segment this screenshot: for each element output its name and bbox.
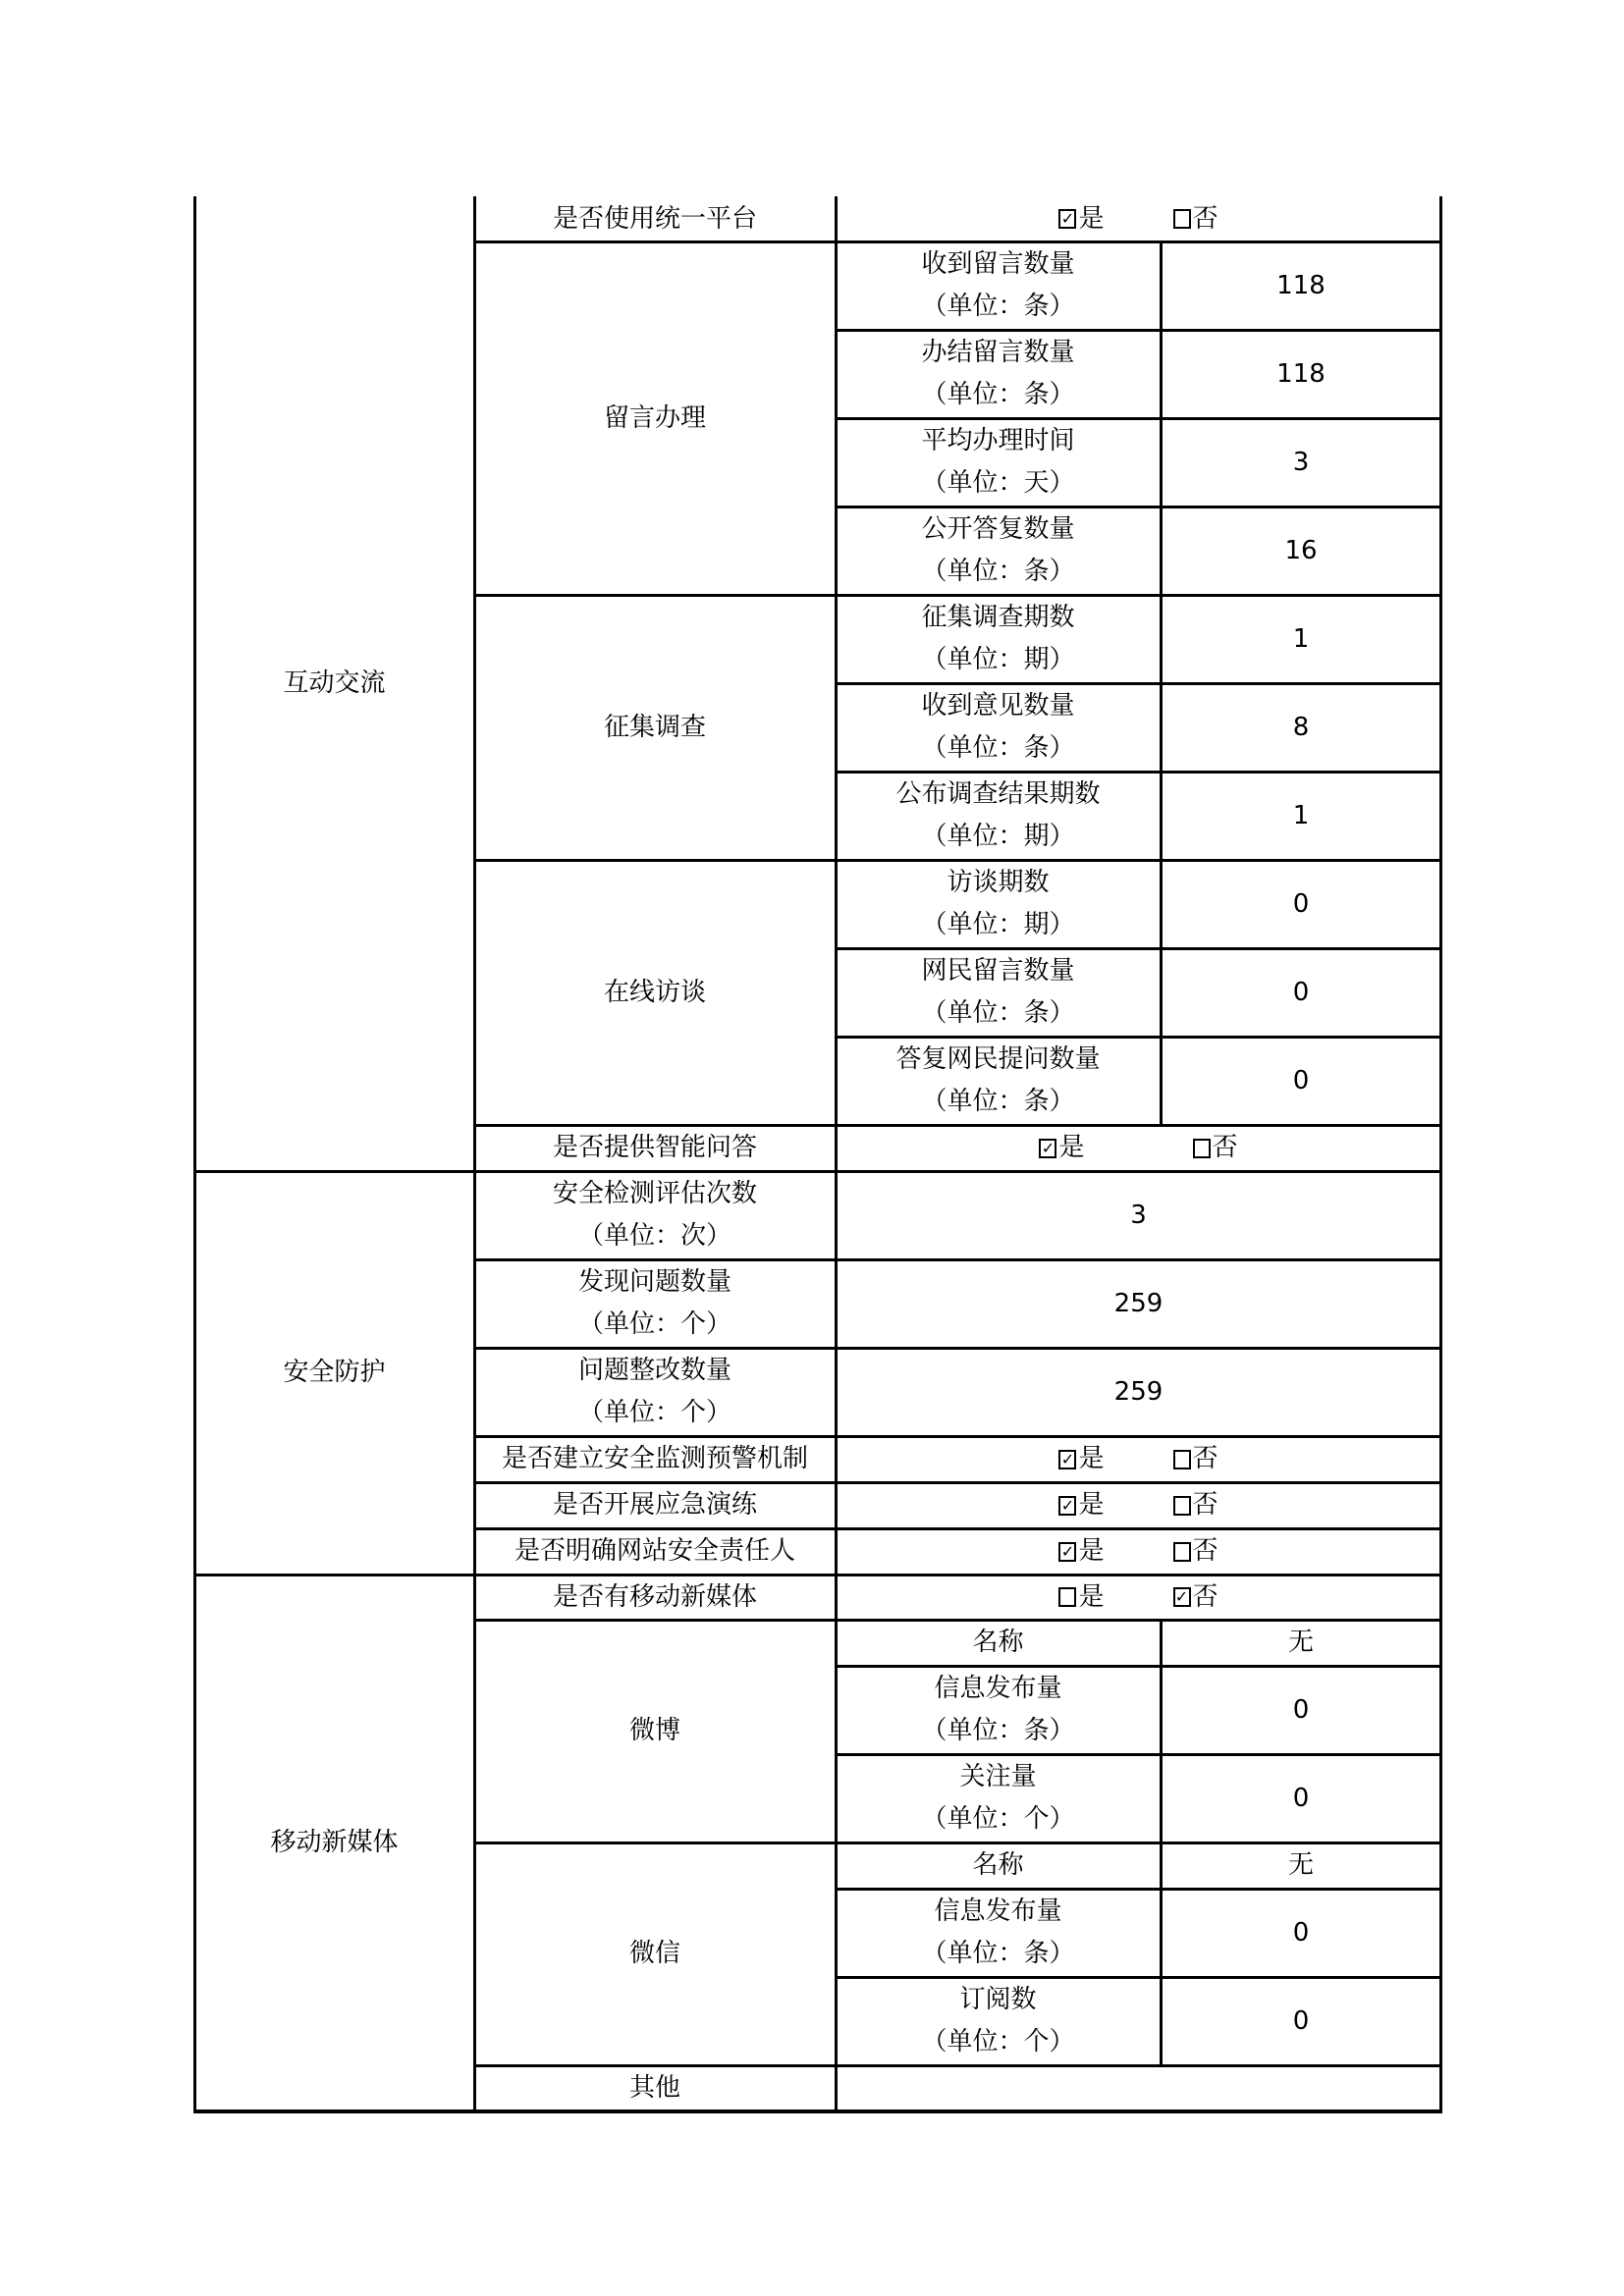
section-mobile-label: 移动新媒体 — [194, 1575, 474, 2110]
divider — [474, 1527, 1441, 1530]
has-mobile-choice: 是✓否 — [836, 1575, 1441, 1620]
metric-label: 征集调查期数（单位：期） — [836, 595, 1161, 683]
smart-qa-label: 是否提供智能问答 — [474, 1125, 836, 1171]
no-label: 否 — [1193, 1484, 1218, 1526]
border-right — [1439, 196, 1442, 2113]
no-checkbox[interactable] — [1173, 1496, 1191, 1516]
weibo-group-label: 微博 — [474, 1620, 836, 1842]
unified-platform-choice: ✓是否 — [836, 196, 1441, 241]
divider — [836, 1976, 1441, 1979]
report-table: 互动交流 安全防护 移动新媒体 是否使用统一平台 ✓是否 留言办理 收到留言数量… — [194, 196, 1441, 2110]
no-label: 否 — [1193, 1530, 1218, 1573]
security-check-label: 是否开展应急演练 — [474, 1482, 836, 1528]
no-label: 否 — [1193, 1576, 1218, 1619]
divider — [836, 329, 1441, 332]
divider — [474, 1619, 1441, 1622]
security-check-choice: ✓是否 — [836, 1436, 1441, 1482]
metric-label: 收到意见数量（单位：条） — [836, 683, 1161, 772]
metric-label: 答复网民提问数量（单位：条） — [836, 1037, 1161, 1125]
border-left — [193, 196, 196, 2113]
metric-label: 网民留言数量（单位：条） — [836, 948, 1161, 1037]
metric-value: 0 — [1161, 860, 1441, 948]
no-checkbox[interactable] — [1173, 209, 1191, 229]
metric-label: 信息发布量（单位：条） — [836, 1666, 1161, 1754]
metric-label: 发现问题数量（单位：个） — [474, 1259, 836, 1348]
yes-checkbox[interactable]: ✓ — [1058, 1542, 1076, 1562]
wechat-group-label: 微信 — [474, 1842, 836, 2065]
divider — [474, 2064, 1441, 2067]
no-checkbox[interactable] — [1173, 1450, 1191, 1469]
other-value — [836, 2065, 1441, 2110]
divider — [194, 1574, 1441, 1576]
metric-value: 16 — [1161, 507, 1441, 595]
metric-value: 259 — [836, 1259, 1441, 1348]
metric-label: 收到留言数量（单位：条） — [836, 241, 1161, 330]
metric-value: 0 — [1161, 1889, 1441, 1977]
security-check-choice: ✓是否 — [836, 1482, 1441, 1528]
name-label: 名称 — [836, 1842, 1161, 1889]
yes-label: 是 — [1078, 1530, 1104, 1573]
metric-label: 订阅数（单位：个） — [836, 1977, 1161, 2065]
divider — [836, 1036, 1441, 1039]
yes-checkbox[interactable]: ✓ — [1058, 209, 1076, 229]
divider — [474, 1435, 1441, 1438]
metric-value: 0 — [1161, 1754, 1441, 1842]
border-bottom — [193, 2109, 1442, 2113]
divider — [474, 1481, 1441, 1484]
divider — [474, 859, 1441, 862]
divider — [473, 196, 476, 2113]
metric-label: 访谈期数（单位：期） — [836, 860, 1161, 948]
divider — [836, 682, 1441, 685]
divider — [474, 1842, 1441, 1844]
metric-label: 公开答复数量（单位：条） — [836, 507, 1161, 595]
divider — [836, 506, 1441, 508]
yes-checkbox[interactable]: ✓ — [1058, 1450, 1076, 1469]
metric-value: 0 — [1161, 948, 1441, 1037]
divider — [474, 1258, 1441, 1261]
metric-value: 118 — [1161, 330, 1441, 418]
security-check-label: 是否明确网站安全责任人 — [474, 1528, 836, 1575]
yes-label: 是 — [1078, 1576, 1104, 1619]
yes-checkbox[interactable]: ✓ — [1039, 1139, 1056, 1158]
divider — [474, 1347, 1441, 1350]
divider — [194, 1170, 1441, 1173]
metric-label: 问题整改数量（单位：个） — [474, 1348, 836, 1436]
divider — [474, 594, 1441, 597]
no-checkbox[interactable]: ✓ — [1173, 1587, 1191, 1607]
metric-label: 公布调查结果期数（单位：期） — [836, 772, 1161, 860]
metric-value: 259 — [836, 1348, 1441, 1436]
section-security-label: 安全防护 — [194, 1171, 474, 1575]
metric-label: 信息发布量（单位：条） — [836, 1889, 1161, 1977]
has-mobile-label: 是否有移动新媒体 — [474, 1575, 836, 1620]
other-label: 其他 — [474, 2065, 836, 2110]
unified-platform-label: 是否使用统一平台 — [474, 196, 836, 241]
no-checkbox[interactable] — [1173, 1542, 1191, 1562]
section-interaction-label: 互动交流 — [194, 196, 474, 1171]
metric-value: 118 — [1161, 241, 1441, 330]
metric-value: 1 — [1161, 595, 1441, 683]
metric-label: 关注量（单位：个） — [836, 1754, 1161, 1842]
divider — [836, 1888, 1441, 1891]
no-checkbox[interactable] — [1193, 1139, 1211, 1158]
yes-checkbox[interactable] — [1058, 1587, 1076, 1607]
no-label: 否 — [1193, 1438, 1218, 1480]
divider — [836, 1665, 1441, 1668]
metric-value: 3 — [836, 1171, 1441, 1259]
metric-value: 0 — [1161, 1666, 1441, 1754]
metric-label: 办结留言数量（单位：条） — [836, 330, 1161, 418]
metric-value: 1 — [1161, 772, 1441, 860]
divider — [836, 771, 1441, 774]
survey-group-label: 征集调查 — [474, 595, 836, 860]
divider — [836, 947, 1441, 950]
metric-value: 0 — [1161, 1037, 1441, 1125]
metric-label: 平均办理时间（单位：天） — [836, 418, 1161, 507]
name-value: 无 — [1161, 1842, 1441, 1889]
metric-label: 安全检测评估次数（单位：次） — [474, 1171, 836, 1259]
yes-label: 是 — [1058, 1127, 1084, 1169]
divider — [836, 1753, 1441, 1756]
messages-group-label: 留言办理 — [474, 241, 836, 595]
name-value: 无 — [1161, 1620, 1441, 1666]
metric-value: 8 — [1161, 683, 1441, 772]
smart-qa-choice: ✓是否 — [836, 1125, 1441, 1171]
no-label: 否 — [1193, 198, 1218, 240]
yes-label: 是 — [1078, 1484, 1104, 1526]
metric-value: 0 — [1161, 1977, 1441, 2065]
security-check-label: 是否建立安全监测预警机制 — [474, 1436, 836, 1482]
divider — [474, 240, 1441, 243]
divider — [836, 417, 1441, 420]
metric-value: 3 — [1161, 418, 1441, 507]
interview-group-label: 在线访谈 — [474, 860, 836, 1125]
yes-checkbox[interactable]: ✓ — [1058, 1496, 1076, 1516]
yes-label: 是 — [1078, 1438, 1104, 1480]
security-check-choice: ✓是否 — [836, 1528, 1441, 1575]
no-label: 否 — [1213, 1127, 1238, 1169]
name-label: 名称 — [836, 1620, 1161, 1666]
divider — [835, 196, 838, 2113]
divider — [474, 1124, 1441, 1127]
yes-label: 是 — [1078, 198, 1104, 240]
